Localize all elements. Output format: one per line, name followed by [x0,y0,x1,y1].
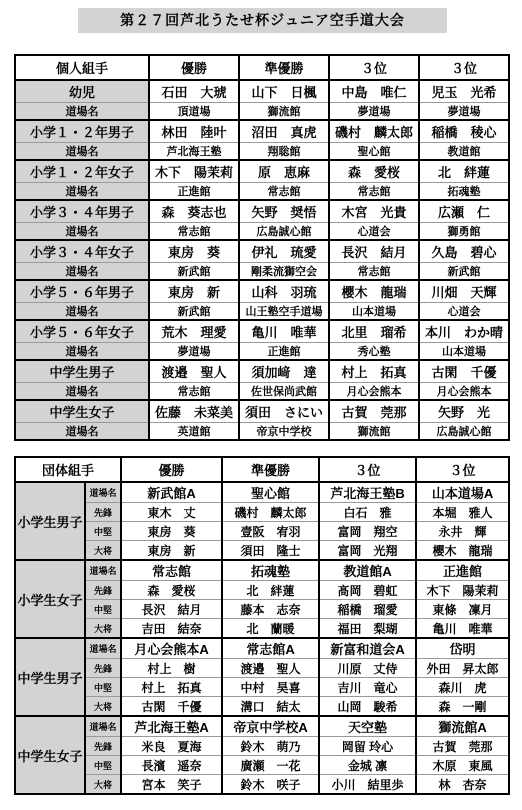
position-label-cell: 大将 [85,541,121,561]
dojo-name-cell: 広島誠心館 [239,223,329,241]
winner-name-cell: 森 愛桜 [329,160,419,183]
dojo-name-cell: 山王塾空手道場 [239,303,329,321]
dojo-name-cell: 英道館 [149,423,239,441]
team-member-cell: 小川 結里歩 [319,775,416,795]
dojo-name-row: 道場名英道館帝京中学校獅流館広島誠心館 [15,423,509,441]
position-label-cell: 中堅 [85,522,121,541]
position-label-cell: 道場名 [85,482,121,503]
dojo-name-cell: 心道会 [329,223,419,241]
team-table-title-cell: 団体組手 [15,457,121,482]
team-dojo-cell: 山本道場A [416,482,509,503]
team-member-cell: 壹阪 宥羽 [222,522,319,541]
position-label-cell: 先鋒 [85,737,121,756]
team-dojo-cell: 教道館A [319,560,416,581]
team-dojo-row: 中学生女子道場名芦北海王塾A帝京中学校A天空塾獅流館A [15,716,509,737]
winner-name-cell: 矢野 光 [419,400,509,423]
winner-name-cell: 須田 さにい [239,400,329,423]
team-member-cell: 川原 丈侍 [319,659,416,678]
dojo-label-cell: 道場名 [15,263,149,281]
dojo-name-cell: 頂道場 [149,103,239,121]
team-member-cell: 吉川 竜心 [319,678,416,697]
team-member-row: 大将東房 新須田 隆士富岡 光翔櫻木 龍瑞 [15,541,509,561]
team-member-cell: 村上 拓真 [121,678,222,697]
team-member-cell: 中村 昊喜 [222,678,319,697]
winner-name-cell: 稲橋 稜心 [419,120,509,143]
winner-name-cell: 山下 日楓 [239,80,329,103]
winner-name-cell: 東房 葵 [149,240,239,263]
team-member-row: 先鋒米良 夏海鈴木 萌乃岡留 玲心古賀 莞那 [15,737,509,756]
team-dojo-cell: 芦北海王塾B [319,482,416,503]
winner-name-cell: 原 恵麻 [239,160,329,183]
rank-header-cell: ３位 [419,55,509,80]
category-cell: 小学３・４年女子 [15,240,149,263]
individual-kumite-table: 個人組手優勝準優勝３位３位 幼児石田 大琥山下 日楓中島 唯仁児玉 光希道場名頂… [14,54,510,441]
dojo-name-cell: 聖心館 [329,143,419,161]
winner-name-cell: 児玉 光希 [419,80,509,103]
dojo-name-cell: 常志館 [329,263,419,281]
dojo-name-row: 道場名夢道場正進館秀心塾山本道場 [15,343,509,361]
team-member-row: 大将宮本 笑子鈴木 咲子小川 結里歩林 杏奈 [15,775,509,795]
dojo-name-cell: 新武館 [149,303,239,321]
winner-name-row: 小学１・２年男子林田 陸叶沼田 真虎磯村 麟太郎稲橋 稜心 [15,120,509,143]
rank-header-cell: 優勝 [149,55,239,80]
dojo-name-row: 道場名新武館剛柔流獅空会常志館新武館 [15,263,509,281]
dojo-name-cell: 剛柔流獅空会 [239,263,329,281]
team-dojo-cell: 月心会熊本A [121,638,222,659]
dojo-name-cell: 獅勇館 [419,223,509,241]
team-dojo-cell: 天空塾 [319,716,416,737]
team-member-cell: 吉田 結奈 [121,619,222,639]
team-member-cell: 東房 新 [121,541,222,561]
team-header-row: 団体組手優勝準優勝３位３位 [15,457,509,482]
dojo-name-cell: 常志館 [239,183,329,201]
team-member-row: 中堅長沢 結月藤本 志奈稲橋 瑠愛東條 凜月 [15,600,509,619]
team-dojo-cell: 新武館A [121,482,222,503]
position-label-cell: 大将 [85,697,121,717]
dojo-label-cell: 道場名 [15,303,149,321]
team-member-cell: 鈴木 萌乃 [222,737,319,756]
dojo-name-cell: 月心会熊本 [419,383,509,401]
winner-name-cell: 古閑 千優 [419,360,509,383]
team-member-row: 先鋒東木 丈磯村 麟太郎白石 雅本堀 雅人 [15,503,509,522]
team-member-cell: 山岡 駿希 [319,697,416,717]
team-dojo-cell: 獅流館A [416,716,509,737]
team-member-cell: 北 蘭暖 [222,619,319,639]
dojo-name-cell: 山本道場 [329,303,419,321]
team-member-cell: 木下 陽茉莉 [416,581,509,600]
position-label-cell: 道場名 [85,638,121,659]
winner-name-row: 小学１・２年女子木下 陽茉莉原 恵麻森 愛桜北 絆蓮 [15,160,509,183]
team-member-cell: 溝口 結太 [222,697,319,717]
winner-name-cell: 石田 大琥 [149,80,239,103]
dojo-name-cell: 正進館 [149,183,239,201]
winner-name-cell: 須加﨑 達 [239,360,329,383]
winner-name-cell: 北里 瑠希 [329,320,419,343]
team-category-cell: 中学生女子 [15,716,85,794]
team-dojo-cell: 岱明 [416,638,509,659]
team-dojo-cell: 常志館 [121,560,222,581]
dojo-name-cell: 夢道場 [419,103,509,121]
team-member-cell: 森川 虎 [416,678,509,697]
team-member-cell: 森 愛桜 [121,581,222,600]
team-member-cell: 福田 梨瑚 [319,619,416,639]
winner-name-cell: 久島 碧心 [419,240,509,263]
team-member-cell: 廣瀬 一花 [222,756,319,775]
dojo-label-cell: 道場名 [15,423,149,441]
winner-name-cell: 木下 陽茉莉 [149,160,239,183]
dojo-name-cell: 常志館 [149,383,239,401]
dojo-name-row: 道場名正進館常志館常志館拓魂塾 [15,183,509,201]
team-member-cell: 木原 東風 [416,756,509,775]
position-label-cell: 道場名 [85,560,121,581]
category-cell: 幼児 [15,80,149,103]
individual-table-header: 個人組手優勝準優勝３位３位 [15,55,509,80]
dojo-label-cell: 道場名 [15,183,149,201]
winner-name-cell: 沼田 真虎 [239,120,329,143]
team-member-cell: 本堀 雅人 [416,503,509,522]
individual-table-title-cell: 個人組手 [15,55,149,80]
winner-name-row: 小学５・６年女子荒木 理愛亀川 唯華北里 瑠希本川 わか晴 [15,320,509,343]
team-dojo-row: 小学生男子道場名新武館A聖心館芦北海王塾B山本道場A [15,482,509,503]
page-title: 第２７回芦北うたせ杯ジュニア空手道大会 [78,8,447,33]
rank-header-cell: ３位 [416,457,509,482]
dojo-label-cell: 道場名 [15,143,149,161]
winner-name-cell: 村上 拓真 [329,360,419,383]
dojo-name-row: 道場名常志館佐世保尚武館月心会熊本月心会熊本 [15,383,509,401]
dojo-name-cell: 拓魂塾 [419,183,509,201]
team-member-cell: 村上 樹 [121,659,222,678]
team-member-cell: 林 杏奈 [416,775,509,795]
dojo-label-cell: 道場名 [15,383,149,401]
team-member-cell: 東條 凜月 [416,600,509,619]
team-member-row: 中堅村上 拓真中村 昊喜吉川 竜心森川 虎 [15,678,509,697]
category-cell: 小学３・４年男子 [15,200,149,223]
winner-name-cell: 荒木 理愛 [149,320,239,343]
position-label-cell: 先鋒 [85,581,121,600]
team-member-cell: 古賀 莞那 [416,737,509,756]
team-member-row: 大将吉田 結奈北 蘭暖福田 梨瑚亀川 唯華 [15,619,509,639]
dojo-name-row: 道場名芦北海王塾翔聡館聖心館教道館 [15,143,509,161]
dojo-name-cell: 獅流館 [329,423,419,441]
team-member-row: 先鋒森 愛桜北 絆蓮髙岡 碧虹木下 陽茉莉 [15,581,509,600]
winner-name-cell: 東房 新 [149,280,239,303]
team-member-cell: 永井 輝 [416,522,509,541]
winner-name-cell: 木宮 光貴 [329,200,419,223]
team-dojo-cell: 聖心館 [222,482,319,503]
dojo-name-cell: 常志館 [329,183,419,201]
winner-name-row: 幼児石田 大琥山下 日楓中島 唯仁児玉 光希 [15,80,509,103]
dojo-name-cell: 秀心塾 [329,343,419,361]
dojo-name-cell: 佐世保尚武館 [239,383,329,401]
team-dojo-cell: 新富和道会A [319,638,416,659]
team-dojo-cell: 拓魂塾 [222,560,319,581]
category-cell: 小学５・６年女子 [15,320,149,343]
team-member-cell: 髙岡 碧虹 [319,581,416,600]
team-member-cell: 金城 凛 [319,756,416,775]
winner-name-cell: 渡邉 聖人 [149,360,239,383]
rank-header-cell: ３位 [319,457,416,482]
team-dojo-cell: 常志館A [222,638,319,659]
category-cell: 中学生女子 [15,400,149,423]
position-label-cell: 中堅 [85,600,121,619]
team-member-cell: 富岡 光翔 [319,541,416,561]
team-member-cell: 亀川 唯華 [416,619,509,639]
winner-name-cell: 林田 陸叶 [149,120,239,143]
team-member-cell: 北 絆蓮 [222,581,319,600]
dojo-name-cell: 教道館 [419,143,509,161]
winner-name-row: 中学生男子渡邉 聖人須加﨑 達村上 拓真古閑 千優 [15,360,509,383]
team-member-cell: 渡邉 聖人 [222,659,319,678]
dojo-name-cell: 正進館 [239,343,329,361]
team-category-cell: 小学生女子 [15,560,85,638]
winner-name-row: 小学３・４年女子東房 葵伊礼 琉愛長沢 結月久島 碧心 [15,240,509,263]
team-kumite-table: 団体組手優勝準優勝３位３位 小学生男子道場名新武館A聖心館芦北海王塾B山本道場A… [14,456,510,795]
team-member-cell: 東房 葵 [121,522,222,541]
winner-name-cell: 矢野 奨悟 [239,200,329,223]
dojo-name-cell: 新武館 [149,263,239,281]
position-label-cell: 大将 [85,775,121,795]
dojo-name-cell: 常志館 [149,223,239,241]
team-dojo-cell: 芦北海王塾A [121,716,222,737]
rank-header-cell: ３位 [329,55,419,80]
position-label-cell: 中堅 [85,678,121,697]
team-member-cell: 稲橋 瑠愛 [319,600,416,619]
team-category-cell: 中学生男子 [15,638,85,716]
dojo-label-cell: 道場名 [15,103,149,121]
team-member-row: 中堅長濱 遥奈廣瀬 一花金城 凛木原 東風 [15,756,509,775]
team-dojo-cell: 正進館 [416,560,509,581]
team-member-cell: 宮本 笑子 [121,775,222,795]
team-dojo-row: 小学生女子道場名常志館拓魂塾教道館A正進館 [15,560,509,581]
category-cell: 中学生男子 [15,360,149,383]
individual-header-row: 個人組手優勝準優勝３位３位 [15,55,509,80]
team-member-cell: 藤本 志奈 [222,600,319,619]
position-label-cell: 道場名 [85,716,121,737]
rank-header-cell: 準優勝 [222,457,319,482]
team-member-cell: 古閑 千優 [121,697,222,717]
position-label-cell: 中堅 [85,756,121,775]
category-cell: 小学１・２年男子 [15,120,149,143]
winner-name-cell: 本川 わか晴 [419,320,509,343]
team-member-cell: 森 一剛 [416,697,509,717]
category-cell: 小学１・２年女子 [15,160,149,183]
dojo-name-cell: 帝京中学校 [239,423,329,441]
winner-name-row: 小学３・４年男子森 葵志也矢野 奨悟木宮 光貴広瀬 仁 [15,200,509,223]
team-member-cell: 須田 隆士 [222,541,319,561]
team-dojo-row: 中学生男子道場名月心会熊本A常志館A新富和道会A岱明 [15,638,509,659]
team-dojo-cell: 帝京中学校A [222,716,319,737]
winner-name-row: 中学生女子佐藤 未菜美須田 さにい古賀 莞那矢野 光 [15,400,509,423]
position-label-cell: 先鋒 [85,503,121,522]
dojo-name-cell: 芦北海王塾 [149,143,239,161]
dojo-name-cell: 広島誠心館 [419,423,509,441]
winner-name-cell: 中島 唯仁 [329,80,419,103]
team-table-header: 団体組手優勝準優勝３位３位 [15,457,509,482]
team-member-cell: 東木 丈 [121,503,222,522]
rank-header-cell: 優勝 [121,457,222,482]
team-category-cell: 小学生男子 [15,482,85,560]
team-member-cell: 岡留 玲心 [319,737,416,756]
dojo-name-cell: 山本道場 [419,343,509,361]
dojo-name-cell: 夢道場 [329,103,419,121]
rank-header-cell: 準優勝 [239,55,329,80]
dojo-name-cell: 新武館 [419,263,509,281]
position-label-cell: 大将 [85,619,121,639]
category-cell: 小学５・６年男子 [15,280,149,303]
dojo-name-row: 道場名新武館山王塾空手道場山本道場心道会 [15,303,509,321]
dojo-name-row: 道場名頂道場獅流館夢道場夢道場 [15,103,509,121]
team-member-cell: 白石 雅 [319,503,416,522]
winner-name-cell: 磯村 麟太郎 [329,120,419,143]
team-member-row: 中堅東房 葵壹阪 宥羽富岡 翔空永井 輝 [15,522,509,541]
winner-name-cell: 北 絆蓮 [419,160,509,183]
winner-name-cell: 森 葵志也 [149,200,239,223]
dojo-label-cell: 道場名 [15,223,149,241]
team-member-cell: 長濱 遥奈 [121,756,222,775]
winner-name-cell: 広瀬 仁 [419,200,509,223]
winner-name-cell: 櫻木 龍瑞 [329,280,419,303]
winner-name-cell: 亀川 唯華 [239,320,329,343]
dojo-name-cell: 翔聡館 [239,143,329,161]
winner-name-cell: 長沢 結月 [329,240,419,263]
team-member-row: 先鋒村上 樹渡邉 聖人川原 丈侍外田 昇太郎 [15,659,509,678]
team-member-cell: 鈴木 咲子 [222,775,319,795]
dojo-name-cell: 心道会 [419,303,509,321]
winner-name-cell: 川畑 天輝 [419,280,509,303]
winner-name-cell: 山科 羽琉 [239,280,329,303]
team-member-row: 大将古閑 千優溝口 結太山岡 駿希森 一剛 [15,697,509,717]
team-member-cell: 米良 夏海 [121,737,222,756]
team-member-cell: 外田 昇太郎 [416,659,509,678]
winner-name-row: 小学５・６年男子東房 新山科 羽琉櫻木 龍瑞川畑 天輝 [15,280,509,303]
dojo-name-row: 道場名常志館広島誠心館心道会獅勇館 [15,223,509,241]
position-label-cell: 先鋒 [85,659,121,678]
winner-name-cell: 伊礼 琉愛 [239,240,329,263]
dojo-name-cell: 獅流館 [239,103,329,121]
dojo-name-cell: 月心会熊本 [329,383,419,401]
dojo-label-cell: 道場名 [15,343,149,361]
team-member-cell: 長沢 結月 [121,600,222,619]
winner-name-cell: 古賀 莞那 [329,400,419,423]
team-member-cell: 磯村 麟太郎 [222,503,319,522]
winner-name-cell: 佐藤 未菜美 [149,400,239,423]
team-member-cell: 富岡 翔空 [319,522,416,541]
dojo-name-cell: 夢道場 [149,343,239,361]
team-member-cell: 櫻木 龍瑞 [416,541,509,561]
